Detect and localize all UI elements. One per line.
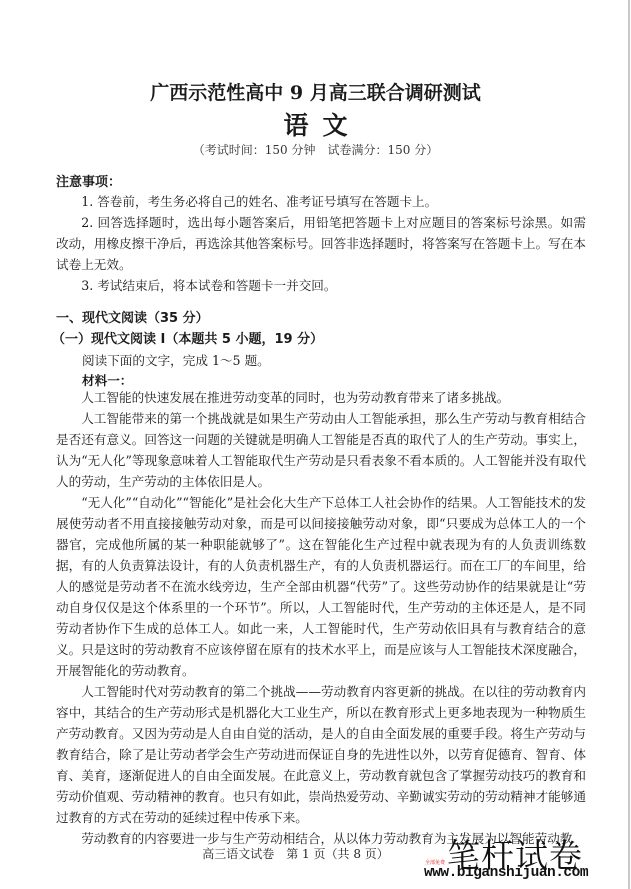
watermark-url: www.biganshijuan.com	[424, 865, 588, 881]
passage: 人工智能的快速发展在推进劳动变革的同时，也为劳动教育带来了诸多挑战。 人工智能带…	[56, 387, 586, 849]
notes-title: 注意事项：	[56, 171, 121, 190]
section-subheading: （一）现代文阅读 I（本题共 5 小题，19 分）	[52, 328, 323, 347]
note-item-3: 3. 考试结束后，将本试卷和答题卡一并交回。	[56, 275, 586, 296]
passage-paragraph: 人工智能带来的第一个挑战就是如果生产劳动由人工智能承担，那么生产劳动与教育相结合…	[56, 408, 586, 492]
passage-paragraph: 人工智能时代对劳动教育的第二个挑战——劳动教育内容更新的挑战。在以往的劳动教育内…	[56, 681, 586, 828]
subject-title: 语文	[0, 106, 631, 142]
note-item-1: 1. 答卷前，考生务必将自己的姓名、准考证号填写在答题卡上。	[56, 191, 586, 212]
passage-paragraph: “无人化”“自动化”“智能化”是社会化大生产下总体工人社会协作的结果。人工智能技…	[56, 492, 586, 681]
note-item-2: 2. 回答选择题时，选出每小题答案后，用铅笔把答题卡上对应题目的答案标号涂黑。如…	[56, 212, 586, 275]
exam-info: （考试时间：150 分钟 试卷满分：150 分）	[0, 141, 631, 158]
section-heading: 一、现代文阅读（35 分）	[56, 307, 209, 326]
exam-title: 广西示范性高中 9 月高三联合调研测试	[0, 78, 631, 105]
reading-instruction: 阅读下面的文字，完成 1～5 题。	[82, 350, 270, 369]
passage-paragraph: 人工智能的快速发展在推进劳动变革的同时，也为劳动教育带来了诸多挑战。	[56, 387, 586, 408]
notes-list: 1. 答卷前，考生务必将自己的姓名、准考证号填写在答题卡上。 2. 回答选择题时…	[56, 191, 586, 296]
